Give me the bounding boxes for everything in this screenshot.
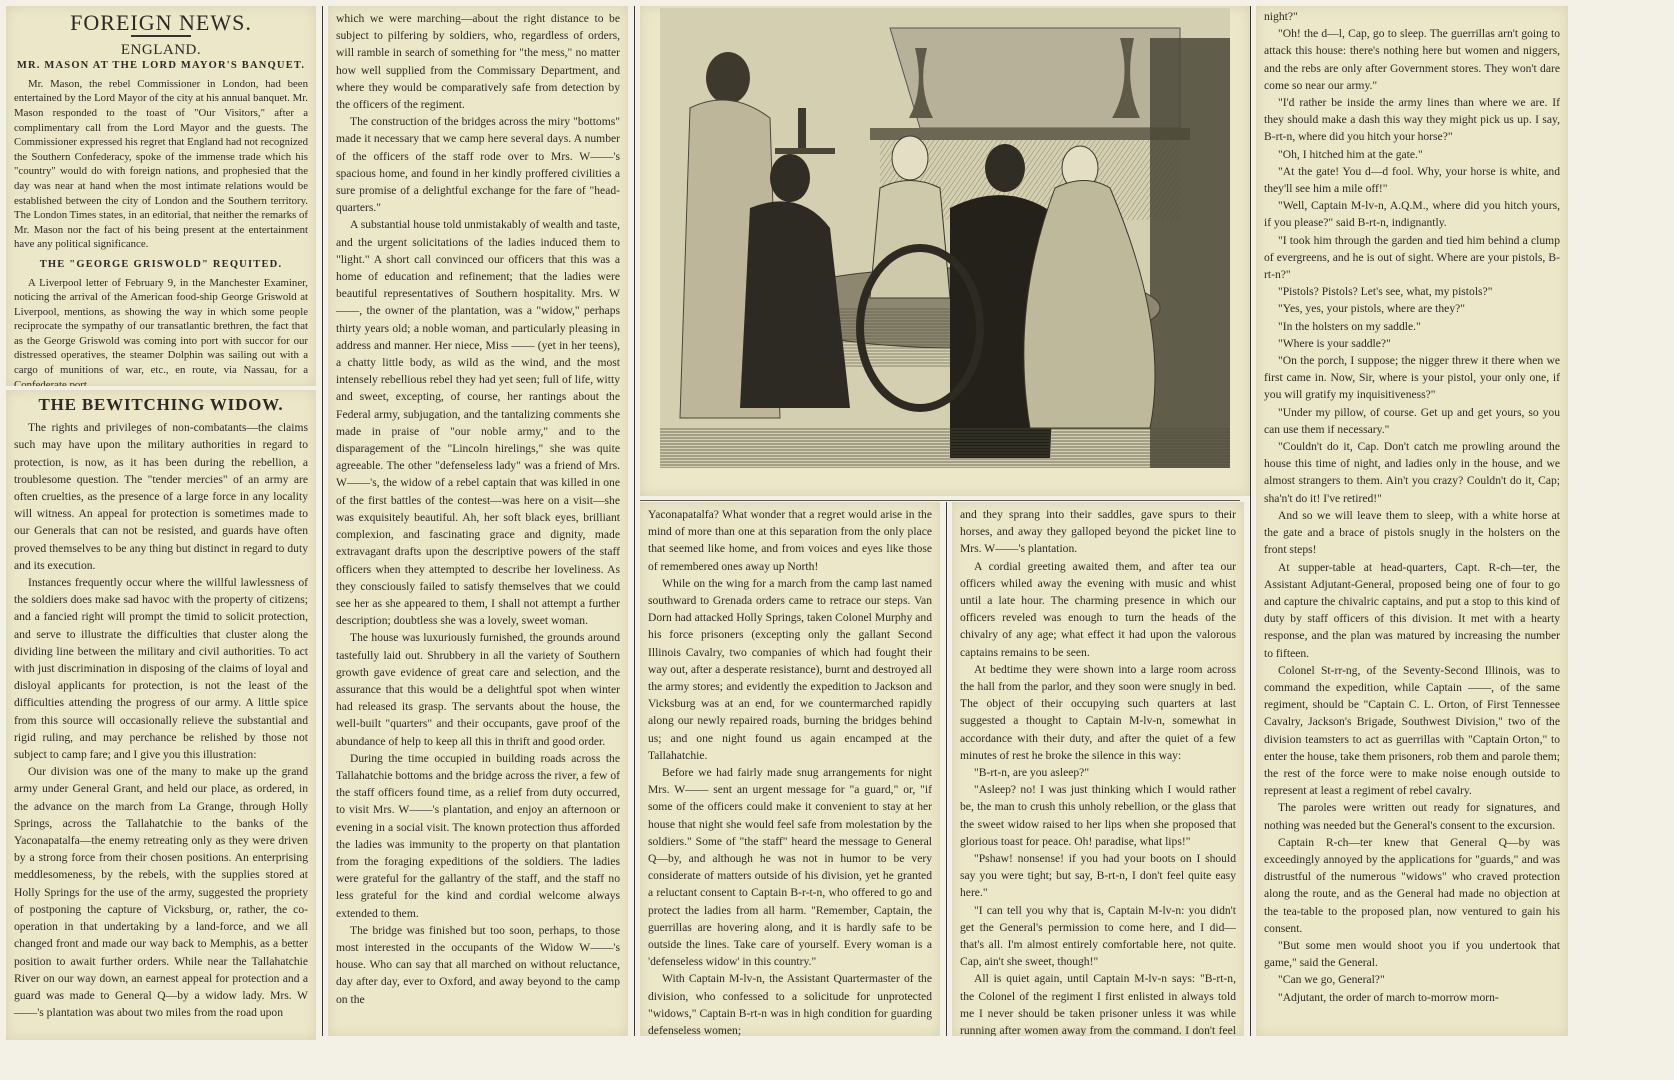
paragraph: "Under my pillow, of course. Get up and … xyxy=(1264,404,1560,438)
paragraph: "B-rt-n, are you asleep?" xyxy=(960,764,1236,781)
paragraph: "Oh, I hitched him at the gate." xyxy=(1264,146,1560,163)
paragraph: Yaconapatalfa? What wonder that a regret… xyxy=(648,506,932,575)
paragraph: "Couldn't do it, Cap. Don't catch me pro… xyxy=(1264,438,1560,507)
paragraph: "Adjutant, the order of march to-morrow … xyxy=(1264,989,1560,1006)
paragraph: "Yes, yes, your pistols, where are they?… xyxy=(1264,300,1560,317)
bewitching-widow-clipping-4: and they sprang into their saddles, gave… xyxy=(952,502,1244,1036)
paragraph: The construction of the bridges across t… xyxy=(336,113,620,216)
paragraph: The rights and privileges of non-combata… xyxy=(14,419,308,574)
paragraph: During the time occupied in building roa… xyxy=(336,750,620,922)
story-column-3: Yaconapatalfa? What wonder that a regret… xyxy=(640,506,940,1036)
paragraph: Before we had fairly made snug arrangeme… xyxy=(648,764,932,970)
paragraph: Instances frequently occur where the wil… xyxy=(14,574,308,763)
paragraph: "Pistols? Pistols? Let's see, what, my p… xyxy=(1264,283,1560,300)
paragraph: Colonel St-rr-ng, of the Seventy-Second … xyxy=(1264,662,1560,800)
paragraph: The paroles were written out ready for s… xyxy=(1264,799,1560,833)
bewitching-widow-clipping-2: which we were marching—about the right d… xyxy=(328,6,628,1036)
paragraph: And so we will leave them to sleep, with… xyxy=(1264,507,1560,559)
paragraph: While on the wing for a march from the c… xyxy=(648,575,932,764)
paragraph: A cordial greeting awaited them, and aft… xyxy=(960,558,1236,661)
paragraph: "Pshaw! nonsense! if you had your boots … xyxy=(960,850,1236,902)
paragraph: "In the holsters on my saddle." xyxy=(1264,318,1560,335)
headline-mason-banquet: MR. MASON AT THE LORD MAYOR'S BANQUET. xyxy=(14,59,308,74)
bewitching-widow-clipping-5: night?" "Oh! the d—l, Cap, go to sleep. … xyxy=(1256,6,1568,1036)
paragraph: The bridge was finished but too soon, pe… xyxy=(336,922,620,1008)
article-george-griswold: A Liverpool letter of February 9, in the… xyxy=(14,276,308,387)
column-rule xyxy=(634,6,635,1036)
article-mason-banquet: Mr. Mason, the rebel Commissioner in Lon… xyxy=(14,77,308,252)
paragraph: "Oh! the d—l, Cap, go to sleep. The guer… xyxy=(1264,25,1560,94)
paragraph: "Asleep? no! I was just thinking which I… xyxy=(960,781,1236,850)
engraving-image xyxy=(660,8,1230,468)
illustration-bottom-rule xyxy=(640,500,1240,501)
bewitching-widow-clipping-1: THE BEWITCHING WIDOW. The rights and pri… xyxy=(6,390,316,1040)
paragraph: "But some men would shoot you if you und… xyxy=(1264,937,1560,971)
paragraph: "At the gate! You d—d fool. Why, your ho… xyxy=(1264,163,1560,197)
column-rule xyxy=(1250,6,1251,1036)
paragraph: which we were marching—about the right d… xyxy=(336,10,620,113)
foreign-news-column: FOREIGN NEWS. ENGLAND. MR. MASON AT THE … xyxy=(6,6,316,386)
paragraph: A substantial house told unmistakably of… xyxy=(336,216,620,629)
column-rule xyxy=(946,502,947,1036)
bewitching-widow-clipping-3: Yaconapatalfa? What wonder that a regret… xyxy=(640,502,940,1036)
paragraph: The house was luxuriously furnished, the… xyxy=(336,629,620,749)
story-title: THE BEWITCHING WIDOW. xyxy=(14,396,308,413)
paragraph: "Where is your saddle?" xyxy=(1264,335,1560,352)
paragraph: At supper-table at head-quarters, Capt. … xyxy=(1264,559,1560,662)
section-england: ENGLAND. xyxy=(14,43,308,58)
paragraph: With Captain M-lv-n, the Assistant Quart… xyxy=(648,970,932,1036)
paragraph: "I took him through the garden and tied … xyxy=(1264,232,1560,284)
masthead-foreign-news: FOREIGN NEWS. xyxy=(14,16,308,31)
paragraph: Captain R-ch—ter knew that General Q—by … xyxy=(1264,834,1560,937)
story-column-4: and they sprang into their saddles, gave… xyxy=(952,506,1244,1036)
column-rule xyxy=(322,6,323,1036)
foreign-news-clipping: FOREIGN NEWS. ENGLAND. MR. MASON AT THE … xyxy=(6,6,316,386)
paragraph: "I'd rather be inside the army lines tha… xyxy=(1264,94,1560,146)
story-column-1: THE BEWITCHING WIDOW. The rights and pri… xyxy=(6,390,316,1021)
paragraph: and they sprang into their saddles, gave… xyxy=(960,506,1236,558)
paragraph: Our division was one of the many to make… xyxy=(14,763,308,1021)
story-column-2: which we were marching—about the right d… xyxy=(328,10,628,1008)
paragraph: night?" xyxy=(1264,8,1560,25)
paragraph: At bedtime they were shown into a large … xyxy=(960,661,1236,764)
headline-george-griswold: THE "GEORGE GRISWOLD" REQUITED. xyxy=(14,258,308,273)
paragraph: "Well, Captain M-lv-n, A.Q.M., where did… xyxy=(1264,197,1560,231)
paragraph: All is quiet again, until Captain M-lv-n… xyxy=(960,970,1236,1036)
paragraph: "I can tell you why that is, Captain M-l… xyxy=(960,902,1236,971)
paragraph: "Can we go, General?" xyxy=(1264,971,1560,988)
parlor-card-game-engraving xyxy=(660,8,1230,468)
paragraph: "On the porch, I suppose; the nigger thr… xyxy=(1264,352,1560,404)
story-column-5: night?" "Oh! the d—l, Cap, go to sleep. … xyxy=(1256,8,1568,1006)
